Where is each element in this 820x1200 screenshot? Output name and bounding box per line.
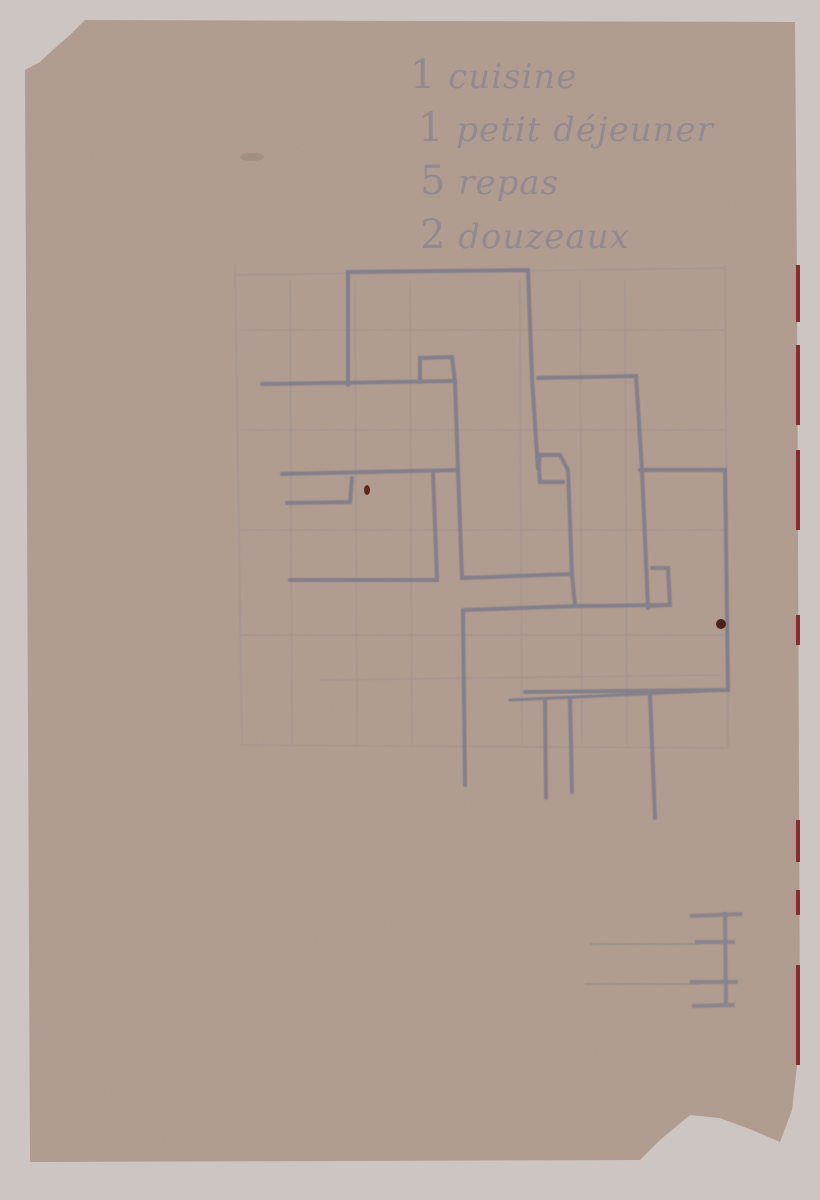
annotation-quantity: 1 bbox=[418, 105, 444, 151]
annotation-quantity: 1 bbox=[410, 52, 436, 98]
annotation-text: douzeaux bbox=[458, 217, 630, 257]
annotation-text: repas bbox=[458, 163, 559, 203]
annotation-line: 5 repas bbox=[420, 158, 559, 204]
stain bbox=[716, 619, 726, 629]
scanned-sheet bbox=[0, 0, 820, 1200]
annotation-text: petit déjeuner bbox=[456, 110, 714, 150]
annotation-quantity: 2 bbox=[420, 212, 446, 258]
annotation-text: cuisine bbox=[448, 57, 577, 97]
annotation-line: 2 douzeaux bbox=[420, 212, 630, 258]
stain bbox=[364, 485, 370, 495]
annotation-quantity: 5 bbox=[420, 158, 446, 204]
annotation-line: 1 petit déjeuner bbox=[418, 105, 714, 151]
stain bbox=[240, 153, 264, 161]
annotation-line: 1 cuisine bbox=[410, 52, 577, 98]
